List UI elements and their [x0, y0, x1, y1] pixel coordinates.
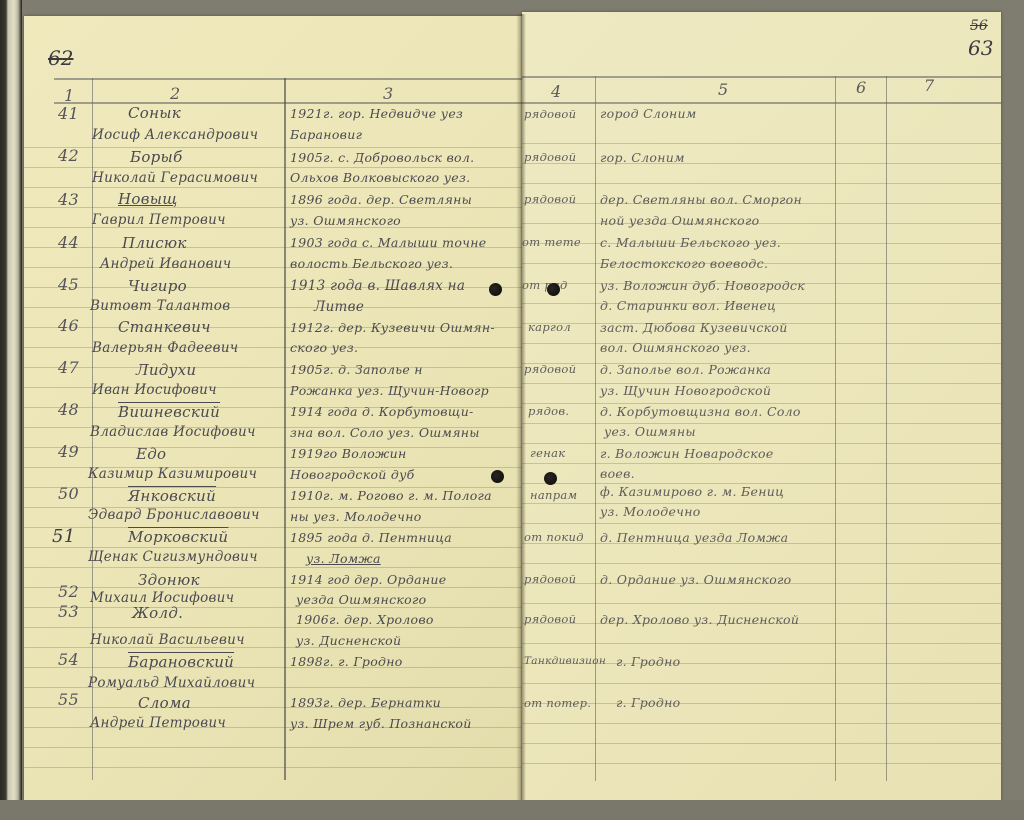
entry-address-cont: уез. Ошмяны — [604, 424, 696, 439]
entry-birth-place: 1906г. дер. Хролово — [296, 612, 434, 627]
entry-birth-place: 1905г. с. Добровольск вол. — [290, 150, 474, 165]
column-header-7: 7 — [924, 76, 934, 95]
entry-address: г. Гродно — [616, 695, 680, 710]
entry-number: 41 — [58, 104, 79, 123]
entry-address-cont: вол. Ошмянского уез. — [600, 340, 751, 355]
column-divider-2 — [284, 78, 286, 780]
entry-address-cont: воев. — [600, 466, 635, 481]
entry-given-name: Эдвард Брониславович — [88, 507, 260, 523]
entry-given-name: Андрей Петрович — [90, 715, 226, 731]
entry-birth-place-cont: уз. Ошмянского — [290, 213, 401, 228]
entry-surname: Морковский — [128, 528, 228, 546]
entry-birth-place: 1896 года. дер. Светляны — [290, 192, 472, 207]
column-divider-5 — [835, 76, 836, 781]
entry-rank: рядов. — [528, 404, 569, 418]
punch-hole — [489, 283, 502, 296]
entry-given-name: Иосиф Александрович — [92, 127, 258, 143]
entry-given-name: Валерьян Фадеевич — [92, 340, 239, 356]
entry-address: дер. Светляны вол. Сморгон — [600, 192, 802, 207]
entry-birth-place-cont: ны уез. Молодечно — [290, 509, 422, 524]
entry-address: г. Воложин Новародское — [600, 446, 774, 461]
entry-surname: Станкевич — [118, 318, 211, 336]
entry-surname: Вишневский — [118, 403, 220, 421]
entry-rank: генак — [530, 446, 565, 460]
left-binding-edge — [0, 0, 22, 820]
entry-address: гор. Слоним — [600, 150, 685, 165]
entry-number: 47 — [58, 358, 79, 377]
entry-number: 52 — [58, 582, 79, 601]
entry-surname: Сонык — [128, 104, 181, 122]
punch-hole — [547, 283, 560, 296]
entry-number: 53 — [58, 602, 79, 621]
entry-given-name: Николай Герасимович — [92, 170, 258, 186]
entry-surname: Борыб — [130, 148, 183, 166]
entry-birth-place-cont: Ольхов Волковыского уез. — [290, 170, 470, 185]
entry-number: 45 — [58, 275, 79, 294]
entry-rank: каргол — [528, 320, 571, 334]
entry-address: д. Ордание уз. Ошмянского — [600, 572, 791, 587]
header-bottom-rule — [522, 102, 1001, 104]
entry-number: 54 — [58, 650, 79, 669]
entry-surname: Лидухи — [136, 361, 196, 379]
entry-birth-place-cont: волость Бельского уез. — [290, 256, 453, 271]
column-header-1: 1 — [64, 86, 74, 105]
entry-rank: рядовой — [524, 150, 576, 164]
entry-birth-place: 1912г. дер. Кузевичи Ошмян- — [290, 320, 495, 335]
entry-address: г. Гродно — [616, 654, 680, 669]
entry-given-name: Гаврил Петрович — [92, 212, 226, 228]
entry-surname: Жолд. — [132, 604, 183, 622]
entry-address: ф. Казимирово г. м. Бениц — [600, 484, 784, 499]
entry-number: 48 — [58, 400, 79, 419]
entry-rank: Танкдивизион — [524, 655, 606, 667]
right-folio-number: 63 — [968, 36, 993, 60]
entry-birth-place-cont: уезда Ошмянского — [296, 592, 426, 607]
entry-birth-place: 1903 года с. Малыши точне — [290, 235, 486, 250]
entry-number: 43 — [58, 190, 79, 209]
entry-address: уз. Воложин дуб. Новогродск — [600, 278, 805, 293]
entry-birth-place: 1914 год дер. Ордание — [290, 572, 446, 587]
column-header-5: 5 — [718, 80, 728, 99]
entry-surname: Плисюк — [122, 234, 187, 252]
header-top-rule — [54, 78, 524, 80]
entry-rank: напрам — [530, 488, 577, 502]
entry-address: д. Заполье вол. Рожанка — [600, 362, 771, 377]
entry-given-name: Владислав Иосифович — [90, 424, 256, 440]
entry-given-name: Казимир Казимирович — [88, 466, 257, 482]
entry-surname: Новыщ — [118, 190, 178, 208]
entry-rank: рядовой — [524, 192, 576, 206]
entry-birth-place-cont: Новогродской дуб — [290, 467, 415, 482]
column-header-6: 6 — [856, 78, 866, 97]
right-folio-old-number: 56 — [970, 18, 988, 34]
entry-birth-place: 1913 года в. Шавлях на — [290, 278, 465, 294]
entry-birth-place-cont: уз. Шрем губ. Познанской — [290, 716, 472, 731]
entry-address: город Слоним — [600, 106, 697, 121]
ledger-scan: 62 56 63 1 2 3 4 5 6 7 41 Сонык Иосиф Ал… — [0, 0, 1024, 820]
entry-surname: Слома — [138, 694, 191, 712]
entry-birth-place-cont: Рожанка уез. Щучин-Новогр — [290, 383, 489, 398]
column-divider-4 — [595, 76, 596, 781]
entry-given-name: Щенак Сигизмундович — [88, 549, 258, 565]
entry-birth-place: 1895 года д. Пентница — [290, 530, 452, 545]
entry-number: 42 — [58, 146, 79, 165]
entry-number: 51 — [52, 526, 76, 547]
entry-address: д. Корбутовщизна вол. Соло — [600, 404, 801, 419]
left-folio-number: 62 — [48, 46, 73, 70]
punch-hole — [491, 470, 504, 483]
entry-birth-place-cont: уз. Ломжа — [306, 551, 381, 566]
entry-address: с. Малыши Бельского уез. — [600, 235, 781, 250]
entry-given-name: Ромуальд Михайлович — [88, 675, 255, 691]
column-header-2: 2 — [170, 84, 180, 103]
entry-birth-place: 1905г. д. Заполье н — [290, 362, 423, 377]
entry-surname: Барановский — [128, 653, 234, 671]
entry-number: 49 — [58, 442, 79, 461]
entry-surname: Янковский — [128, 487, 216, 505]
entry-birth-place-cont: Литве — [314, 299, 364, 315]
entry-rank: от покид — [524, 530, 584, 544]
entry-birth-place-cont: зна вол. Соло уез. Ошмяны — [290, 425, 480, 440]
entry-address-cont: Белостокского воеводс. — [600, 256, 768, 271]
entry-birth-place-cont: Барановиг — [290, 127, 362, 142]
header-bottom-rule — [54, 102, 524, 104]
entry-birth-place-cont: уз. Дисненской — [296, 633, 401, 648]
column-divider-6 — [886, 76, 887, 781]
entry-birth-place: 1898г. г. Гродно — [290, 654, 403, 669]
entry-given-name: Николай Васильевич — [90, 632, 245, 648]
entry-address: заст. Дюбова Кузевичской — [600, 320, 788, 335]
entry-number: 46 — [58, 316, 79, 335]
entry-given-name: Витовт Талантов — [90, 298, 230, 314]
entry-birth-place-cont: ского уез. — [290, 340, 358, 355]
entry-rank: рядовой — [524, 107, 576, 121]
entry-rank: от ряд — [522, 278, 568, 292]
entry-rank: рядовой — [524, 362, 576, 376]
entry-rank: рядовой — [524, 572, 576, 586]
entry-address: дер. Хролово уз. Дисненской — [600, 612, 799, 627]
entry-surname: Здонюк — [138, 571, 200, 589]
scan-background-bottom — [0, 800, 1024, 820]
center-gutter — [516, 14, 526, 802]
entry-rank: рядовой — [524, 612, 576, 626]
entry-given-name: Андрей Иванович — [100, 256, 231, 272]
entry-number: 55 — [58, 690, 79, 709]
entry-surname: Чигиро — [128, 277, 187, 295]
entry-birth-place: 1919го Воложин — [290, 446, 407, 461]
entry-birth-place: 1910г. м. Рогово г. м. Полога — [290, 488, 492, 503]
entry-number: 50 — [58, 484, 79, 503]
entry-address-cont: д. Старинки вол. Ивенец — [600, 298, 776, 313]
entry-given-name: Иван Иосифович — [92, 382, 217, 398]
entry-birth-place: 1914 года д. Корбутовщи- — [290, 404, 474, 419]
entry-birth-place: 1921г. гор. Недвидче уез — [290, 106, 463, 121]
entry-rank: от потер. — [524, 696, 591, 710]
entry-address: д. Пентница уезда Ломжа — [600, 530, 788, 545]
entry-address-cont: уз. Молодечно — [600, 504, 701, 519]
entry-number: 44 — [58, 233, 79, 252]
entry-rank: от тете — [522, 235, 581, 249]
punch-hole — [544, 472, 557, 485]
entry-surname: Едо — [136, 445, 166, 463]
entry-address-cont: ной уезда Ошмянского — [600, 213, 759, 228]
column-header-4: 4 — [551, 82, 561, 101]
entry-address-cont: уз. Щучин Новогродской — [600, 383, 771, 398]
column-header-3: 3 — [383, 84, 393, 103]
entry-birth-place: 1893г. дер. Бернатки — [290, 695, 441, 710]
